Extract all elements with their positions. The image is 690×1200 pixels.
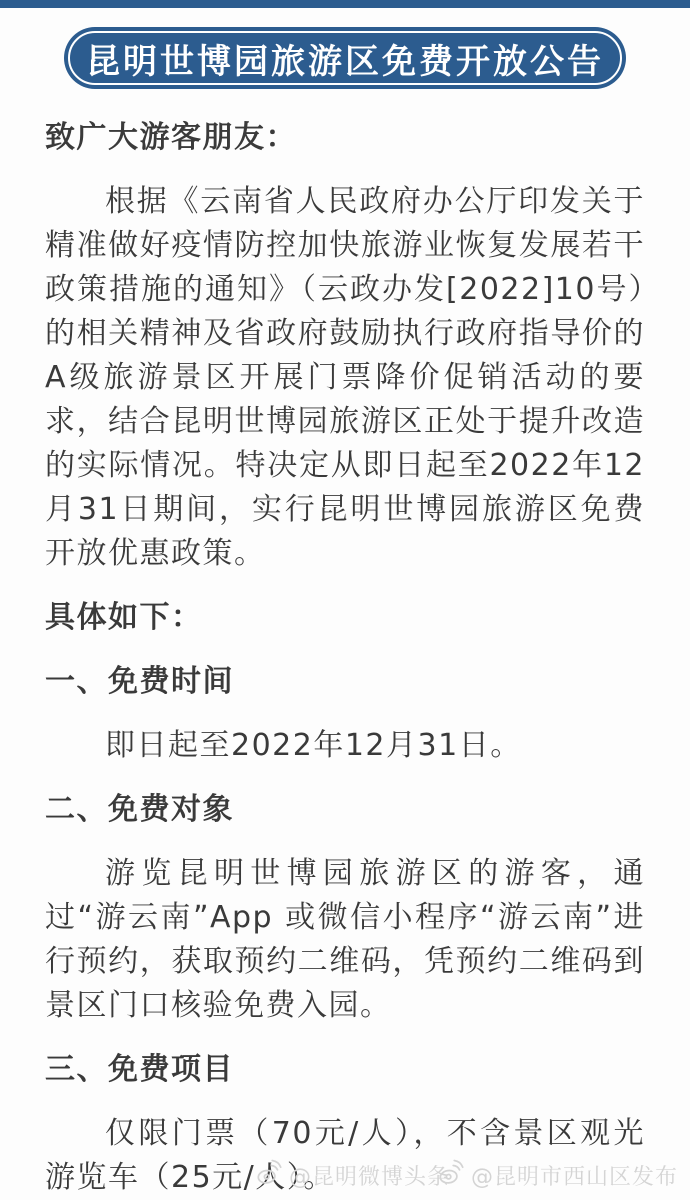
page-title: 昆明世博园旅游区免费开放公告 bbox=[86, 34, 604, 83]
watermark-right: @昆明市西山区发布 bbox=[437, 1158, 678, 1192]
salutation: 致广大游客朋友： bbox=[45, 116, 645, 160]
banner-row: 昆明世博园旅游区免费开放公告 bbox=[0, 27, 690, 89]
section-2-heading: 二、免费对象 bbox=[45, 788, 645, 832]
details-lead: 具体如下： bbox=[45, 596, 645, 640]
announcement-page: 昆明世博园旅游区免费开放公告 致广大游客朋友： 根据《云南省人民政府办公厅印发关… bbox=[0, 0, 690, 1200]
section-2-body: 游览昆明世博园旅游区的游客，通过“游云南”App 或微信小程序“游云南”进行预约… bbox=[45, 852, 645, 1028]
section-1-heading: 一、免费时间 bbox=[45, 660, 645, 704]
section-3-heading: 三、免费项目 bbox=[45, 1048, 645, 1092]
top-accent-bar bbox=[0, 0, 690, 8]
announcement-body: 致广大游客朋友： 根据《云南省人民政府办公厅印发关于精准做好疫情防控加快旅游业恢… bbox=[45, 116, 645, 1200]
announcement-title-banner: 昆明世博园旅游区免费开放公告 bbox=[64, 27, 626, 89]
intro-paragraph: 根据《云南省人民政府办公厅印发关于精准做好疫情防控加快旅游业恢复发展若干政策措施… bbox=[45, 180, 645, 576]
weibo-icon bbox=[435, 1156, 467, 1194]
weibo-icon bbox=[253, 1156, 285, 1194]
section-1-body: 即日起至2022年12月31日。 bbox=[45, 724, 645, 768]
watermark-label: @昆明市西山区发布 bbox=[471, 1160, 678, 1191]
watermark-left: @昆明微博头条 bbox=[255, 1158, 450, 1192]
watermark-label: @昆明微博头条 bbox=[289, 1160, 450, 1191]
